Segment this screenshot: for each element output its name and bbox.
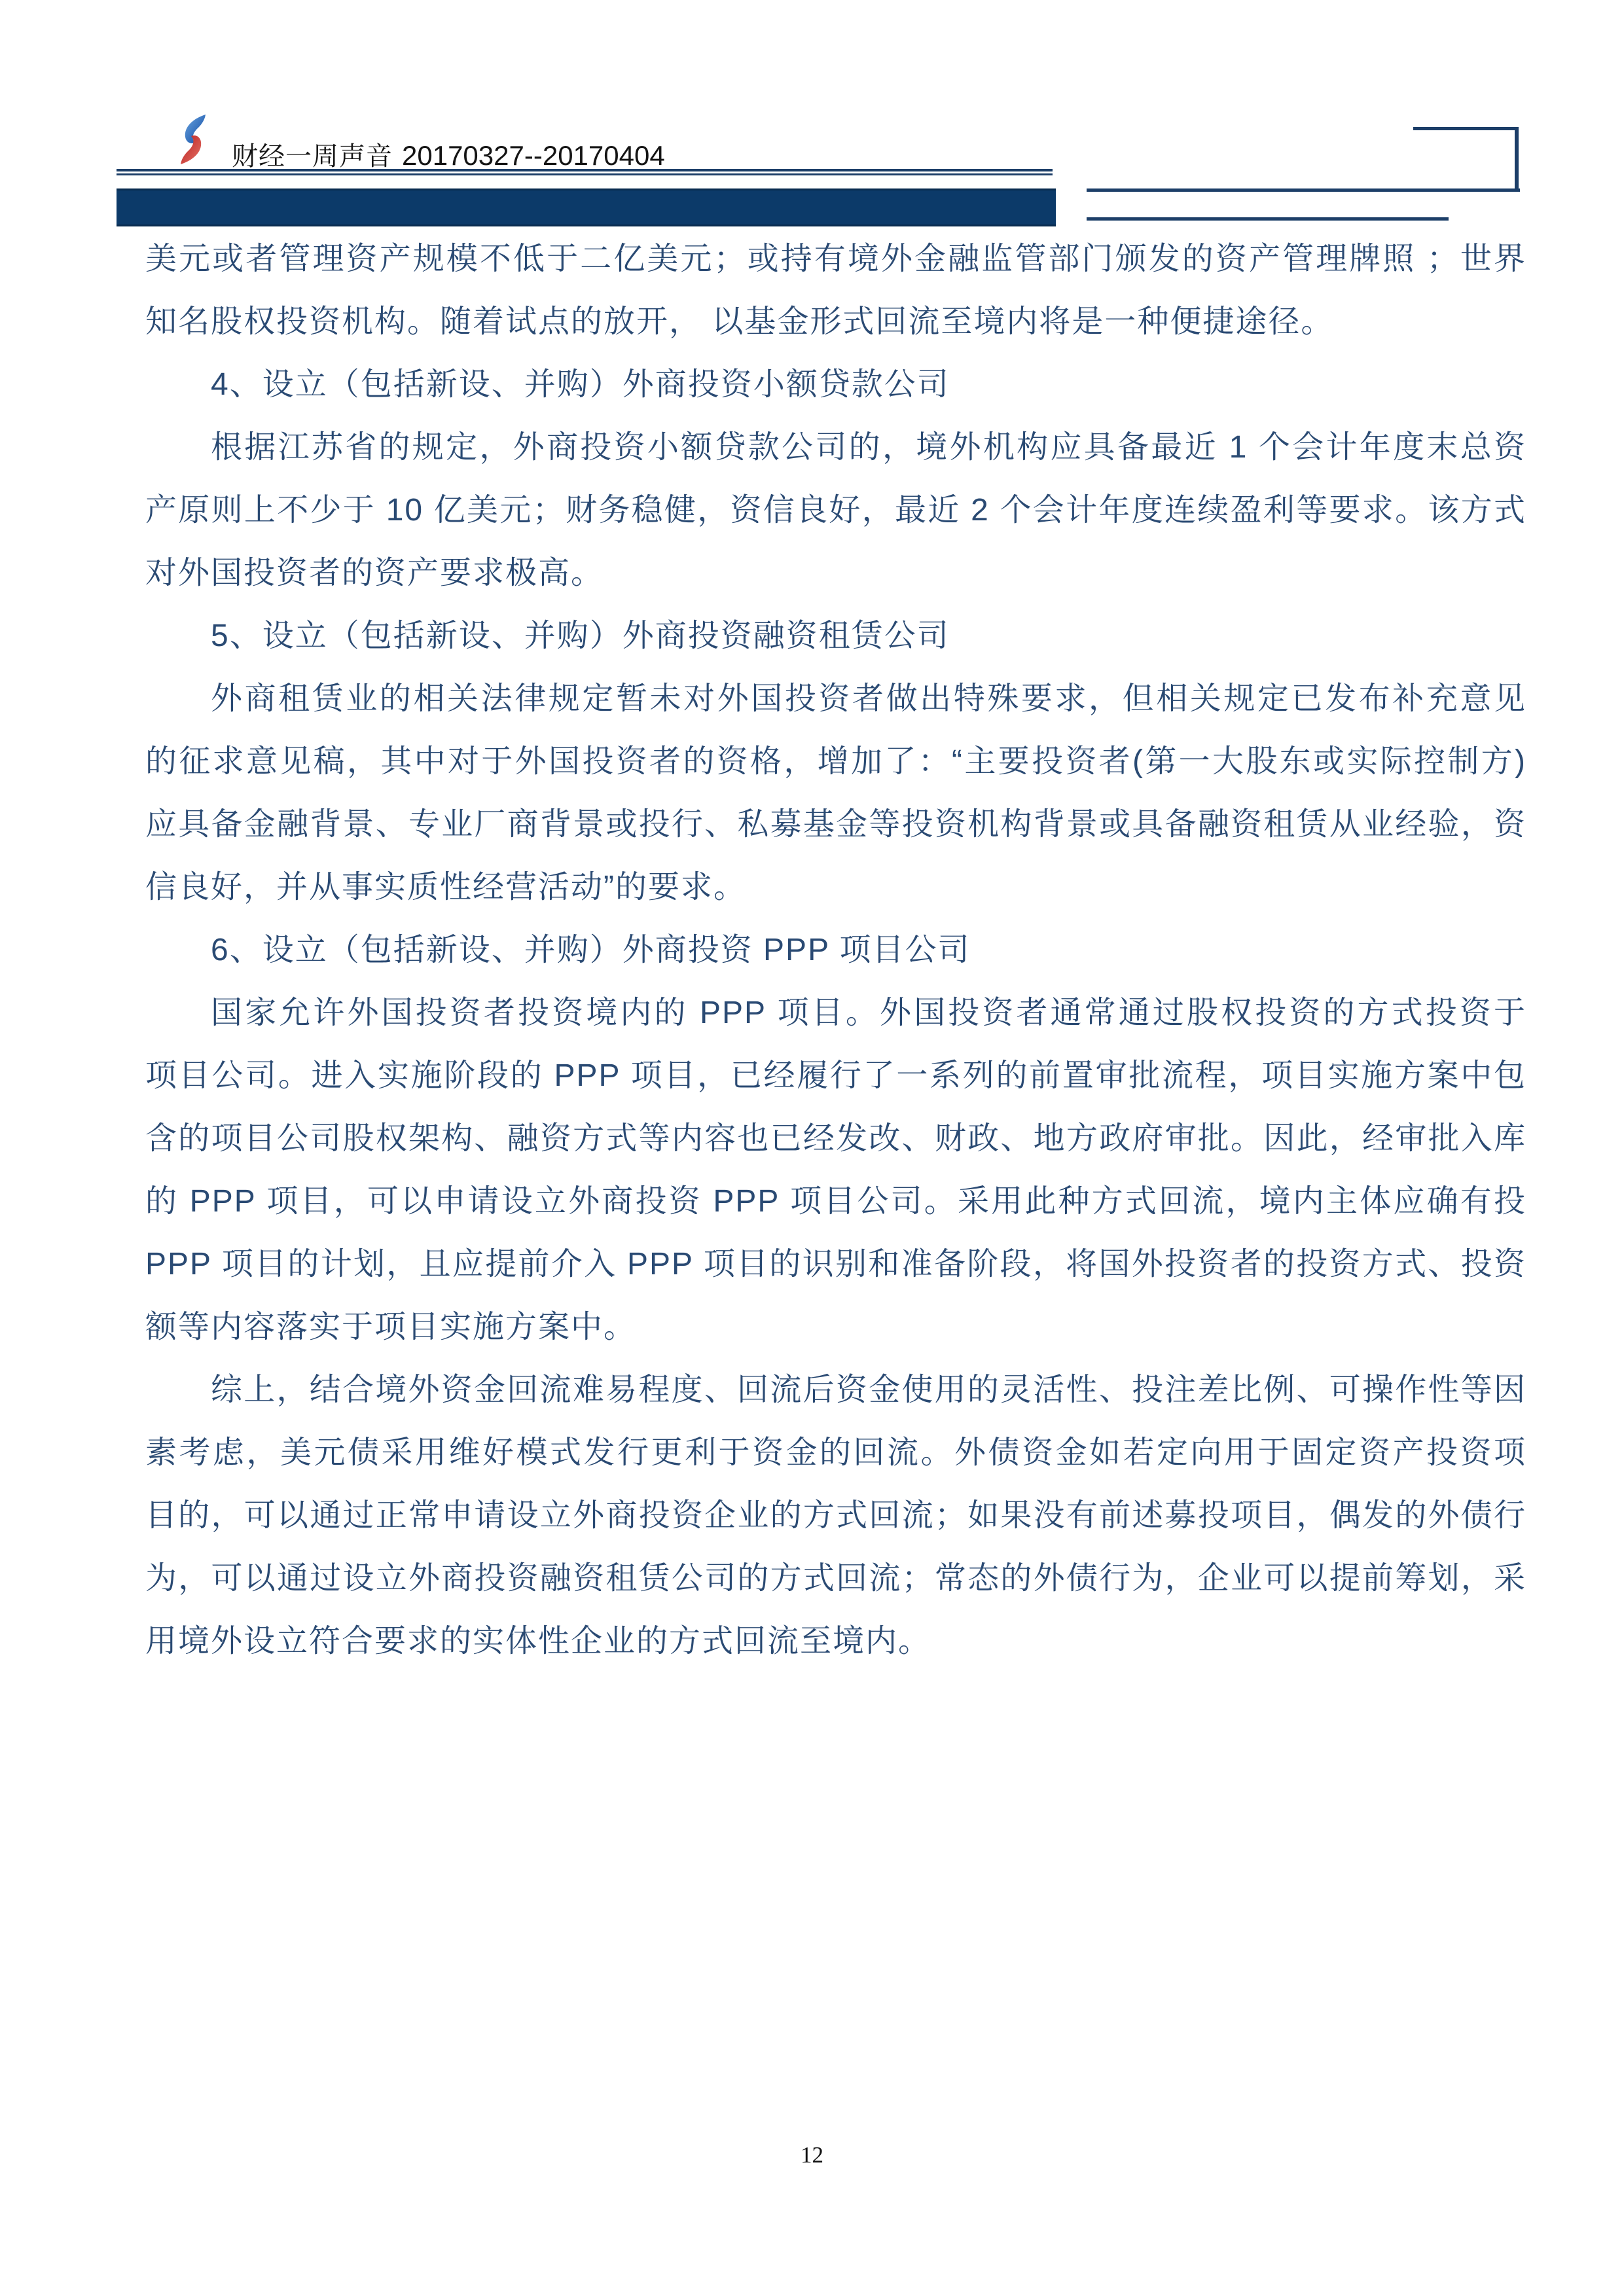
s-flame-logo-icon [173, 114, 213, 165]
text-line: 对外国投资者的资产要求极高。 [145, 542, 1526, 605]
header-navy-bar [117, 188, 1056, 226]
text-line: 产原则上不少于 10 亿美元；财务稳健，资信良好，最近 2 个会计年度连续盈利等… [145, 479, 1526, 542]
text-line: 美元或者管理资产规模不低于二亿美元；或持有境外金融监管部门颁发的资产管理牌照 ；… [145, 228, 1526, 291]
header-corner-box [1413, 127, 1519, 190]
header-title-dates: 20170327--20170404 [402, 140, 665, 171]
text-line: 综上，结合境外资金回流难易程度、回流后资金使用的灵活性、投注差比例、可操作性等因 [145, 1359, 1526, 1422]
text-line: 知名股权投资机构。随着试点的放开， 以基金形式回流至境内将是一种便捷途径。 [145, 291, 1526, 353]
text-line: 用境外设立符合要求的实体性企业的方式回流至境内。 [145, 1610, 1526, 1673]
text-line: PPP 项目的计划，且应提前介入 PPP 项目的识别和准备阶段，将国外投资者的投… [145, 1233, 1526, 1296]
page-footer: 12 [0, 2142, 1624, 2169]
page-number: 12 [801, 2142, 823, 2168]
page-title: 财经一周声音20170327--20170404 [232, 140, 665, 171]
text-line: 外商租赁业的相关法律规定暂未对外国投资者做出特殊要求，但相关规定已发布补充意见 [145, 668, 1526, 730]
header-double-rule [117, 169, 1053, 175]
text-line: 根据江苏省的规定，外商投资小额贷款公司的，境外机构应具备最近 1 个会计年度末总… [145, 416, 1526, 479]
text-line: 信良好，并从事实质性经营活动”的要求。 [145, 856, 1526, 919]
text-line: 目的，可以通过正常申请设立外商投资企业的方式回流；如果没有前述募投项目，偶发的外… [145, 1484, 1526, 1547]
header-right-line-top [1087, 188, 1520, 192]
text-line: 国家允许外国投资者投资境内的 PPP 项目。外国投资者通常通过股权投资的方式投资… [145, 982, 1526, 1045]
document-page: 财经一周声音20170327--20170404 美元或者管理资产规模不低于二亿… [0, 0, 1624, 2296]
text-line: 的征求意见稿，其中对于外国投资者的资格，增加了：“主要投资者(第一大股东或实际控… [145, 730, 1526, 793]
text-line: 应具备金融背景、专业厂商背景或投行、私募基金等投资机构背景或具备融资租赁从业经验… [145, 793, 1526, 856]
text-line: 5、设立（包括新设、并购）外商投资融资租赁公司 [145, 605, 1526, 668]
text-line: 含的项目公司股权架构、融资方式等内容也已经发改、财政、地方政府审批。因此，经审批… [145, 1107, 1526, 1170]
text-line: 6、设立（包括新设、并购）外商投资 PPP 项目公司 [145, 919, 1526, 982]
text-line: 的 PPP 项目，可以申请设立外商投资 PPP 项目公司。采用此种方式回流，境内… [145, 1170, 1526, 1233]
text-line: 为，可以通过设立外商投资融资租赁公司的方式回流；常态的外债行为，企业可以提前筹划… [145, 1547, 1526, 1610]
body-text: 美元或者管理资产规模不低于二亿美元；或持有境外金融监管部门颁发的资产管理牌照 ；… [145, 228, 1526, 1673]
header-right-line-bottom [1087, 217, 1449, 221]
text-line: 4、设立（包括新设、并购）外商投资小额贷款公司 [145, 353, 1526, 416]
text-line: 额等内容落实于项目实施方案中。 [145, 1296, 1526, 1359]
header-title-cn: 财经一周声音 [232, 141, 393, 171]
text-line: 素考虑，美元债采用维好模式发行更利于资金的回流。外债资金如若定向用于固定资产投资… [145, 1422, 1526, 1484]
text-line: 项目公司。进入实施阶段的 PPP 项目，已经履行了一系列的前置审批流程，项目实施… [145, 1045, 1526, 1107]
